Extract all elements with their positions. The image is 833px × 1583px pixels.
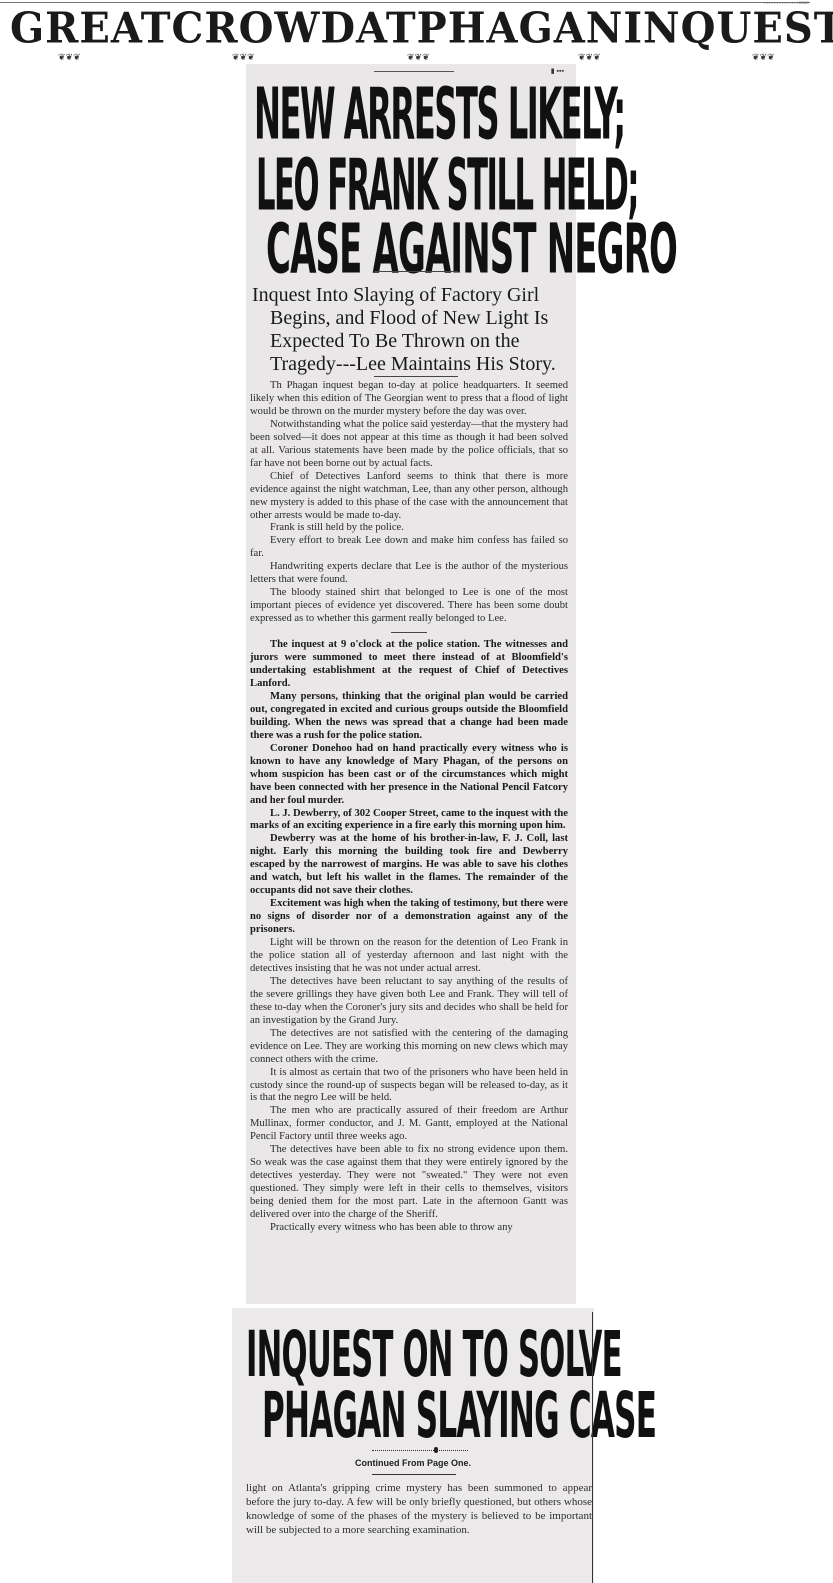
continuation-column: INQUEST ON TO SOLVE PHAGAN SLAYING CASE … <box>232 1308 594 1583</box>
deck-line: Begins, and Flood of New Light Is <box>252 307 572 330</box>
paragraph: Th Phagan inquest began to-day at police… <box>250 380 568 419</box>
continuation-body: light on Atlanta's gripping crime myster… <box>246 1481 592 1537</box>
banner-headline: GREAT CROWD AT PHAGAN INQUEST <box>0 3 833 53</box>
paragraph: light on Atlanta's gripping crime myster… <box>246 1481 592 1537</box>
paragraph: Notwithstanding what the police said yes… <box>250 419 568 471</box>
paragraph: The detectives have been able to fix no … <box>250 1144 568 1222</box>
divider <box>372 1474 456 1475</box>
ornament-icon: ❦❦❦ <box>752 52 775 63</box>
deck-line: Tragedy---Lee Maintains His Story. <box>252 353 572 376</box>
banner-word: AT <box>356 3 417 52</box>
paragraph: Every effort to break Lee down and make … <box>250 535 568 561</box>
paragraph: Handwriting experts declare that Lee is … <box>250 561 568 587</box>
divider <box>374 271 458 272</box>
paragraph: Light will be thrown on the reason for t… <box>250 937 568 976</box>
article-body: Th Phagan inquest began to-day at police… <box>250 380 568 1235</box>
paragraph: Dewberry was at the home of his brother-… <box>250 833 568 898</box>
deck-line: Inquest Into Slaying of Factory Girl <box>252 284 572 307</box>
divider <box>372 1450 468 1451</box>
continued-label: Continued From Page One. <box>232 1458 594 1468</box>
banner-word: GREAT <box>10 3 172 52</box>
paragraph: L. J. Dewberry, of 302 Cooper Street, ca… <box>250 808 568 834</box>
paragraph: Frank is still held by the police. <box>250 522 568 535</box>
ornament-icon: ❦❦❦ <box>578 52 601 63</box>
paragraph: Chief of Detectives Lanford seems to thi… <box>250 471 568 523</box>
paragraph: Excitement was high when the taking of t… <box>250 898 568 937</box>
paragraph: It is almost as certain that two of the … <box>250 1067 568 1106</box>
paragraph: The detectives are not satisfied with th… <box>250 1028 568 1067</box>
paragraph: The detectives have been reluctant to sa… <box>250 976 568 1028</box>
paragraph: Coroner Donehoo had on hand practically … <box>250 743 568 808</box>
paragraph: Practically every witness who has been a… <box>250 1222 568 1235</box>
paragraph: The inquest at 9 o'clock at the police s… <box>250 639 568 691</box>
ornament-icon: ❦❦❦ <box>58 52 81 63</box>
ornament-icon: ❦❦❦ <box>232 52 255 63</box>
ornament-row: ❦❦❦ ❦❦❦ ❦❦❦ ❦❦❦ ❦❦❦ <box>0 52 833 64</box>
column-rule <box>592 1312 593 1583</box>
continuation-headline-line-2: PHAGAN SLAYING CASE <box>262 1383 656 1446</box>
deck-line: Expected To Be Thrown on the <box>252 330 572 353</box>
bullet-icon <box>434 1447 438 1453</box>
banner-word: CROWD <box>172 3 357 52</box>
paragraph: Many persons, thinking that the original… <box>250 691 568 743</box>
divider <box>374 376 458 377</box>
divider <box>391 632 427 633</box>
banner-word: INQUEST <box>623 3 833 52</box>
paragraph: The bloody stained shirt that belonged t… <box>250 587 568 626</box>
banner-word: PHAGAN <box>417 3 624 52</box>
deck-subheadline: Inquest Into Slaying of Factory Girl Beg… <box>252 284 572 376</box>
continuation-headline-line-1: INQUEST ON TO SOLVE <box>246 1322 622 1385</box>
ornament-icon: ❦❦❦ <box>407 52 430 63</box>
headline-line-3: CASE AGAINST NEGRO <box>266 214 677 283</box>
headline-line-1: NEW ARRESTS LIKELY; <box>254 78 625 149</box>
paragraph: The men who are practically assured of t… <box>250 1105 568 1144</box>
article-column: ▮ ▪▪▪ NEW ARRESTS LIKELY; LEO FRANK STIL… <box>246 64 576 1304</box>
